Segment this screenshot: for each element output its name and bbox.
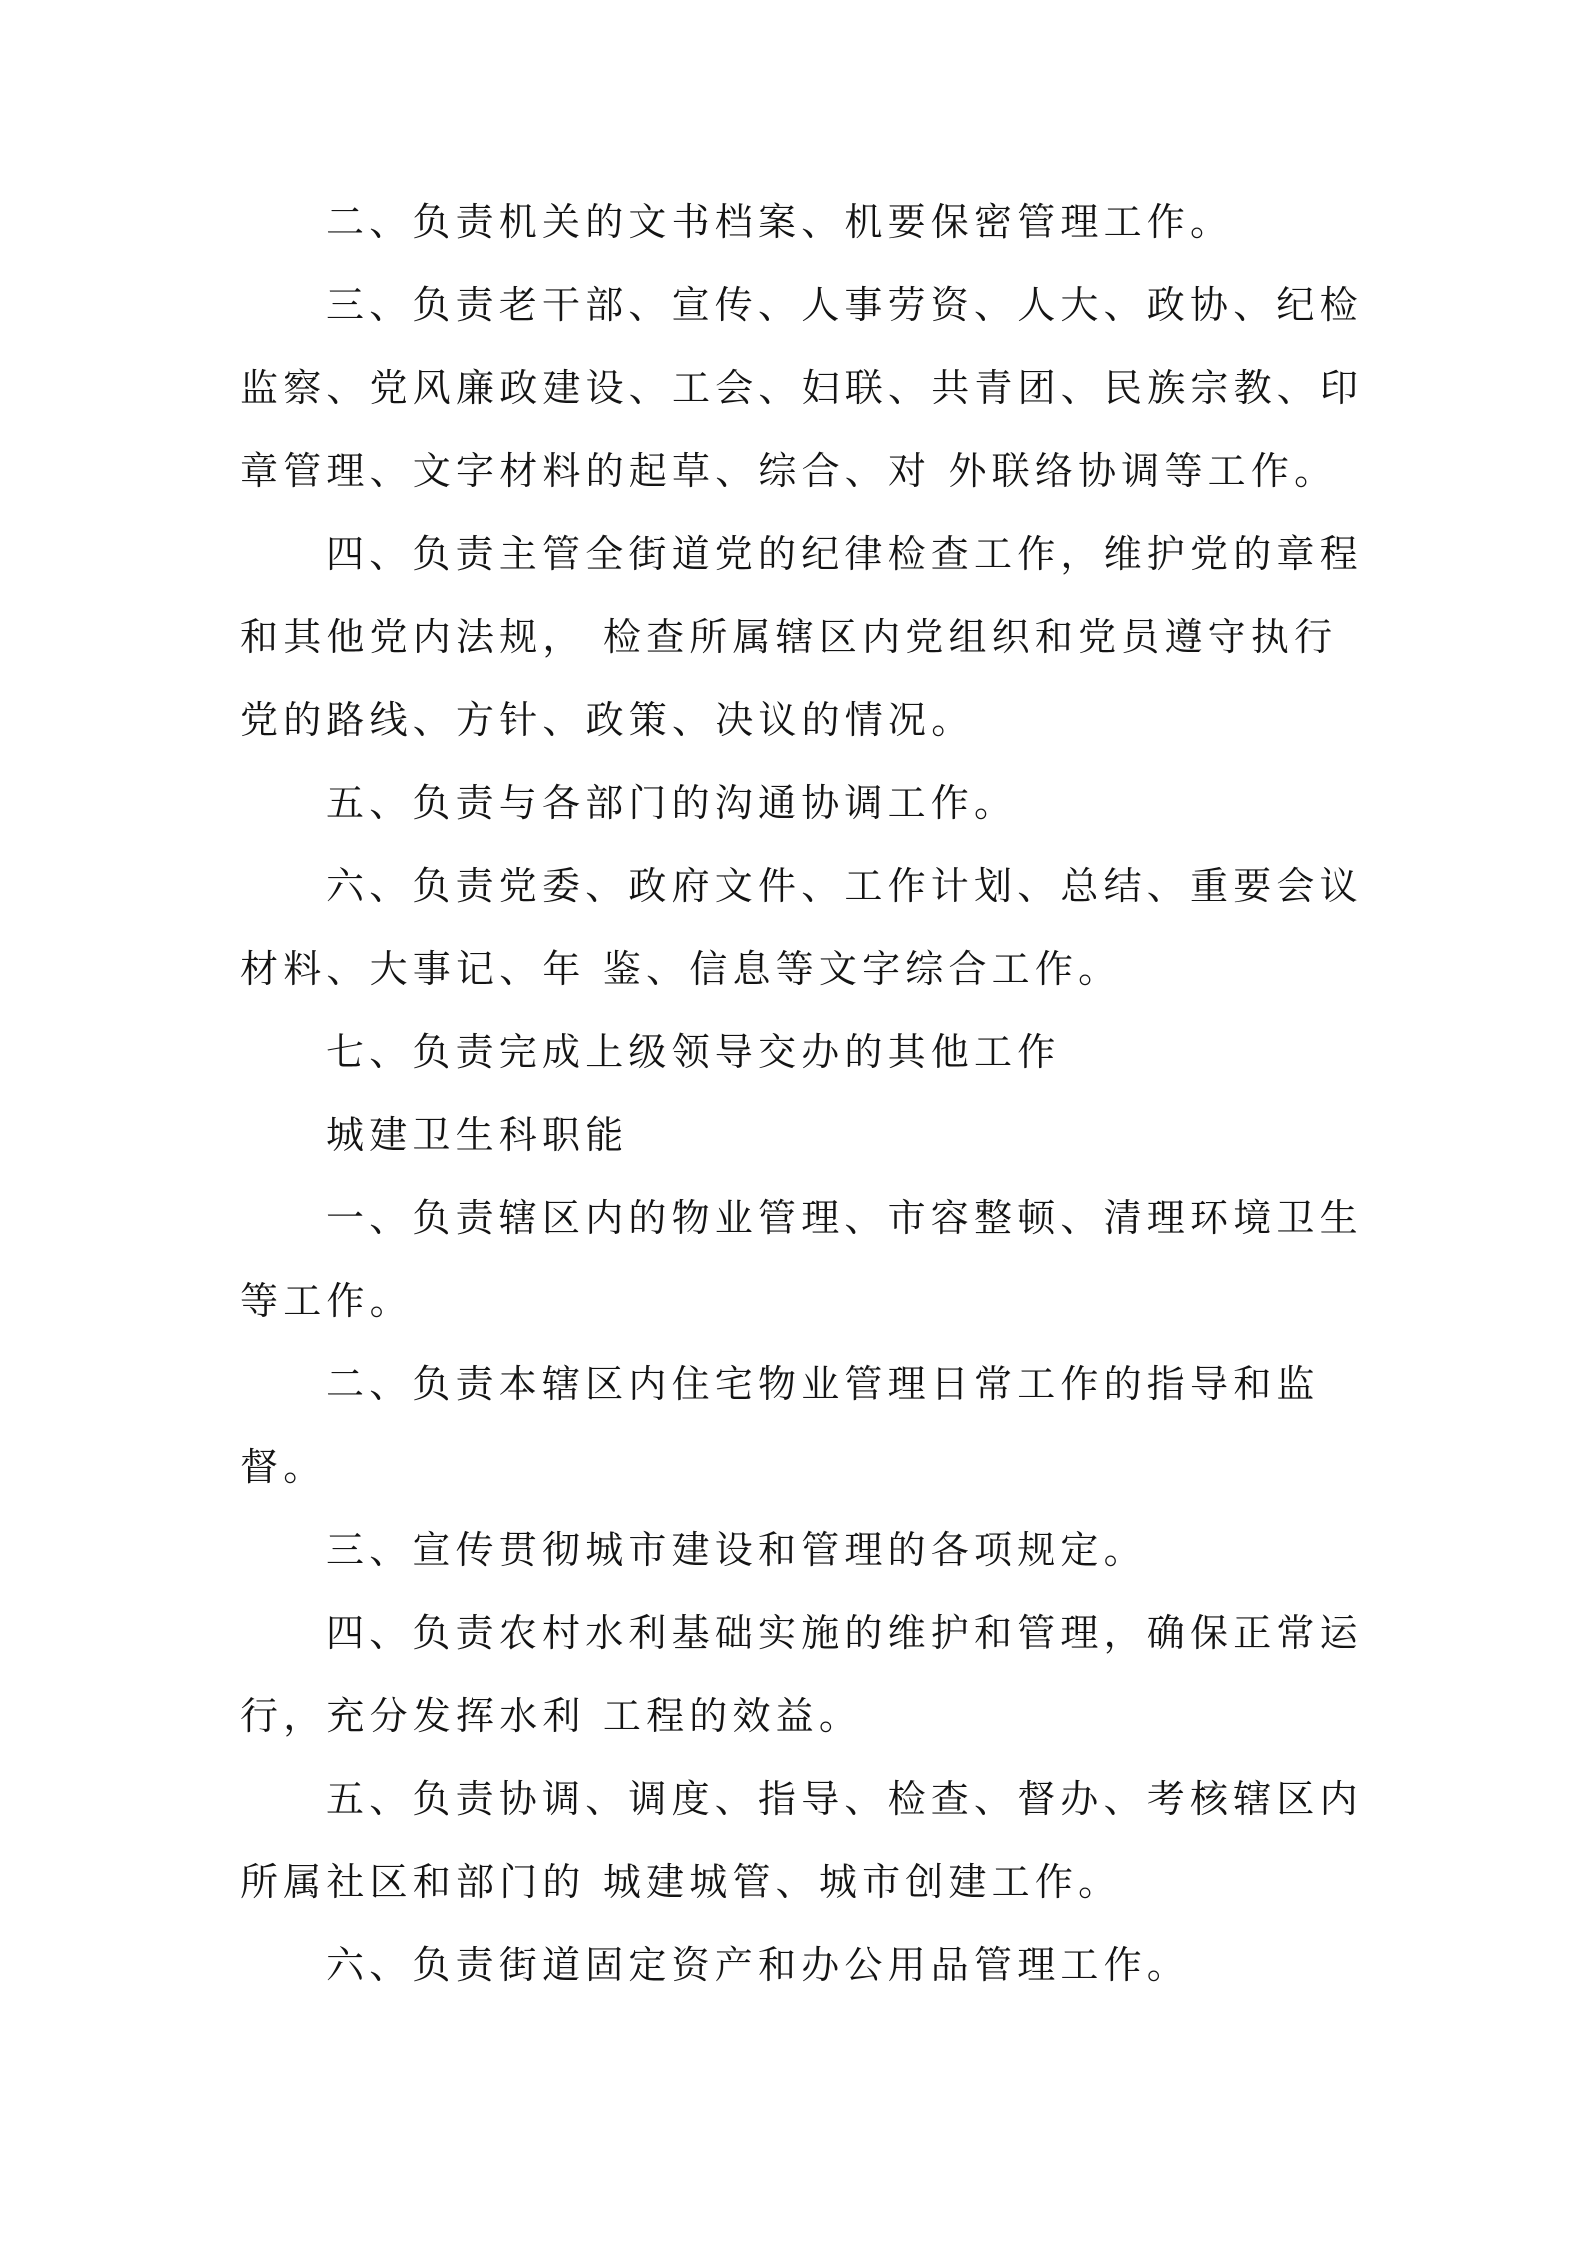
urban-item-4-line-1: 四、负责农村水利基础实施的维护和管理，确保正常运: [326, 1603, 1436, 1663]
paragraph-item-4-line-3: 党的路线、方针、政策、决议的情况。: [240, 690, 1350, 750]
paragraph-item-6-line-2: 材料、大事记、年 鉴、信息等文字综合工作。: [240, 939, 1350, 999]
urban-item-5-line-2: 所属社区和部门的 城建城管、城市创建工作。: [240, 1852, 1350, 1912]
urban-item-4-line-2: 行，充分发挥水利 工程的效益。: [240, 1686, 1350, 1746]
urban-item-5-line-1: 五、负责协调、调度、指导、检查、督办、考核辖区内: [326, 1769, 1436, 1829]
paragraph-item-3-line-2: 监察、党风廉政建设、工会、妇联、共青团、民族宗教、印: [240, 358, 1350, 418]
paragraph-item-3-line-3: 章管理、文字材料的起草、综合、对 外联络协调等工作。: [240, 441, 1350, 501]
urban-item-3-line-1: 三、宣传贯彻城市建设和管理的各项规定。: [326, 1520, 1436, 1580]
section-heading-urban: 城建卫生科职能: [326, 1105, 1436, 1165]
paragraph-item-3-line-1: 三、负责老干部、宣传、人事劳资、人大、政协、纪检: [326, 275, 1436, 335]
paragraph-item-6-line-1: 六、负责党委、政府文件、工作计划、总结、重要会议: [326, 856, 1436, 916]
urban-item-1-line-1: 一、负责辖区内的物业管理、市容整顿、清理环境卫生: [326, 1188, 1436, 1248]
paragraph-item-4-line-1: 四、负责主管全街道党的纪律检查工作，维护党的章程: [326, 524, 1436, 584]
urban-item-1-line-2: 等工作。: [240, 1271, 1350, 1331]
paragraph-item-2-line-1: 二、负责机关的文书档案、机要保密管理工作。: [326, 192, 1436, 252]
document-page: 二、负责机关的文书档案、机要保密管理工作。 三、负责老干部、宣传、人事劳资、人大…: [0, 0, 1587, 2245]
urban-item-2-line-2: 督。: [240, 1437, 1350, 1497]
paragraph-item-7-line-1: 七、负责完成上级领导交办的其他工作: [326, 1022, 1436, 1082]
paragraph-item-4-line-2: 和其他党内法规， 检查所属辖区内党组织和党员遵守执行: [240, 607, 1350, 667]
urban-item-2-line-1: 二、负责本辖区内住宅物业管理日常工作的指导和监: [326, 1354, 1436, 1414]
urban-item-6-line-1: 六、负责街道固定资产和办公用品管理工作。: [326, 1935, 1436, 1995]
paragraph-item-5-line-1: 五、负责与各部门的沟通协调工作。: [326, 773, 1436, 833]
